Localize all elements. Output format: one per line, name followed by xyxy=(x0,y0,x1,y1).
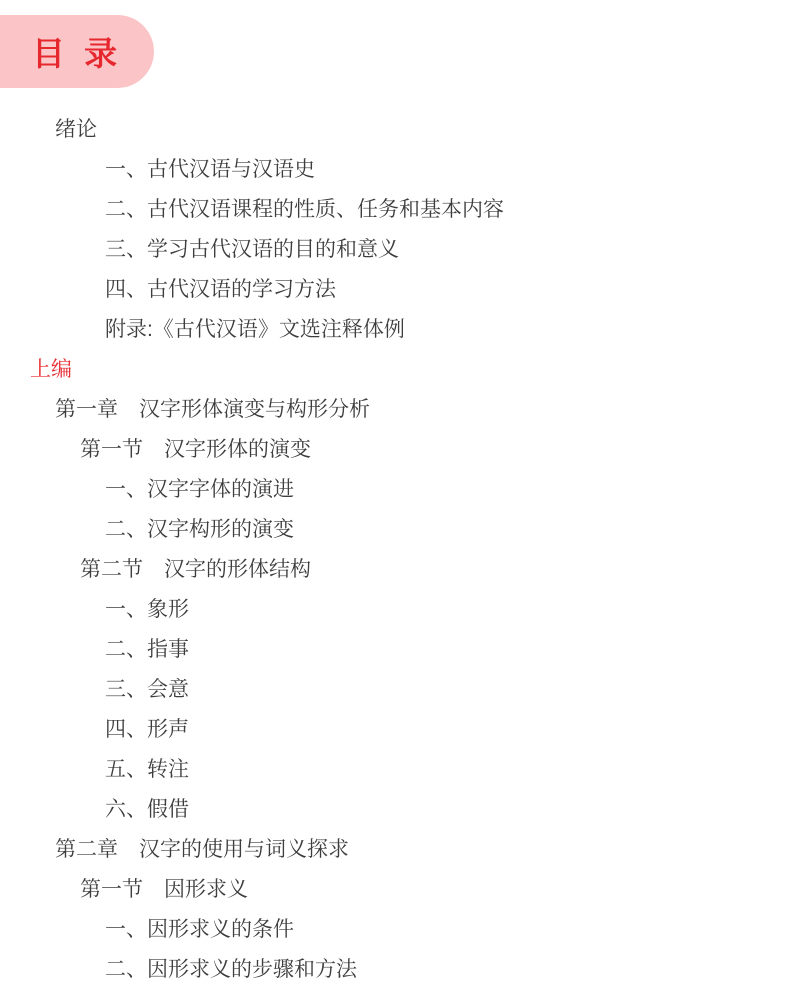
toc-entry: 第一章 汉字形体演变与构形分析 xyxy=(0,390,790,430)
toc-entry: 四、形声 xyxy=(0,710,790,750)
toc-entry: 第一节 因形求义 xyxy=(0,870,790,910)
toc-entry: 一、因形求义的条件 xyxy=(0,910,790,950)
toc-entry: 附录:《古代汉语》文选注释体例 xyxy=(0,310,790,350)
toc-entry: 六、假借 xyxy=(0,790,790,830)
toc-entry: 五、转注 xyxy=(0,750,790,790)
toc-entry: 二、汉字构形的演变 xyxy=(0,510,790,550)
toc-entry: 一、象形 xyxy=(0,590,790,630)
toc-entry: 三、学习古代汉语的目的和意义 xyxy=(0,230,790,270)
toc-entry: 三、会意 xyxy=(0,670,790,710)
toc-entry: 上编 xyxy=(0,350,790,390)
toc-entry: 二、指事 xyxy=(0,630,790,670)
toc-title: 目 录 xyxy=(32,28,122,75)
toc-entry: 第二章 汉字的使用与词义探求 xyxy=(0,830,790,870)
toc-entry: 一、古代汉语与汉语史 xyxy=(0,150,790,190)
toc-entry: 一、汉字字体的演进 xyxy=(0,470,790,510)
toc-list: 绪论一、古代汉语与汉语史二、古代汉语课程的性质、任务和基本内容三、学习古代汉语的… xyxy=(0,110,790,990)
toc-entry: 二、古代汉语课程的性质、任务和基本内容 xyxy=(0,190,790,230)
toc-entry: 第一节 汉字形体的演变 xyxy=(0,430,790,470)
toc-entry: 绪论 xyxy=(0,110,790,150)
toc-entry: 四、古代汉语的学习方法 xyxy=(0,270,790,310)
toc-entry: 二、因形求义的步骤和方法 xyxy=(0,950,790,990)
toc-entry: 第二节 汉字的形体结构 xyxy=(0,550,790,590)
toc-title-badge: 目 录 xyxy=(0,15,154,88)
